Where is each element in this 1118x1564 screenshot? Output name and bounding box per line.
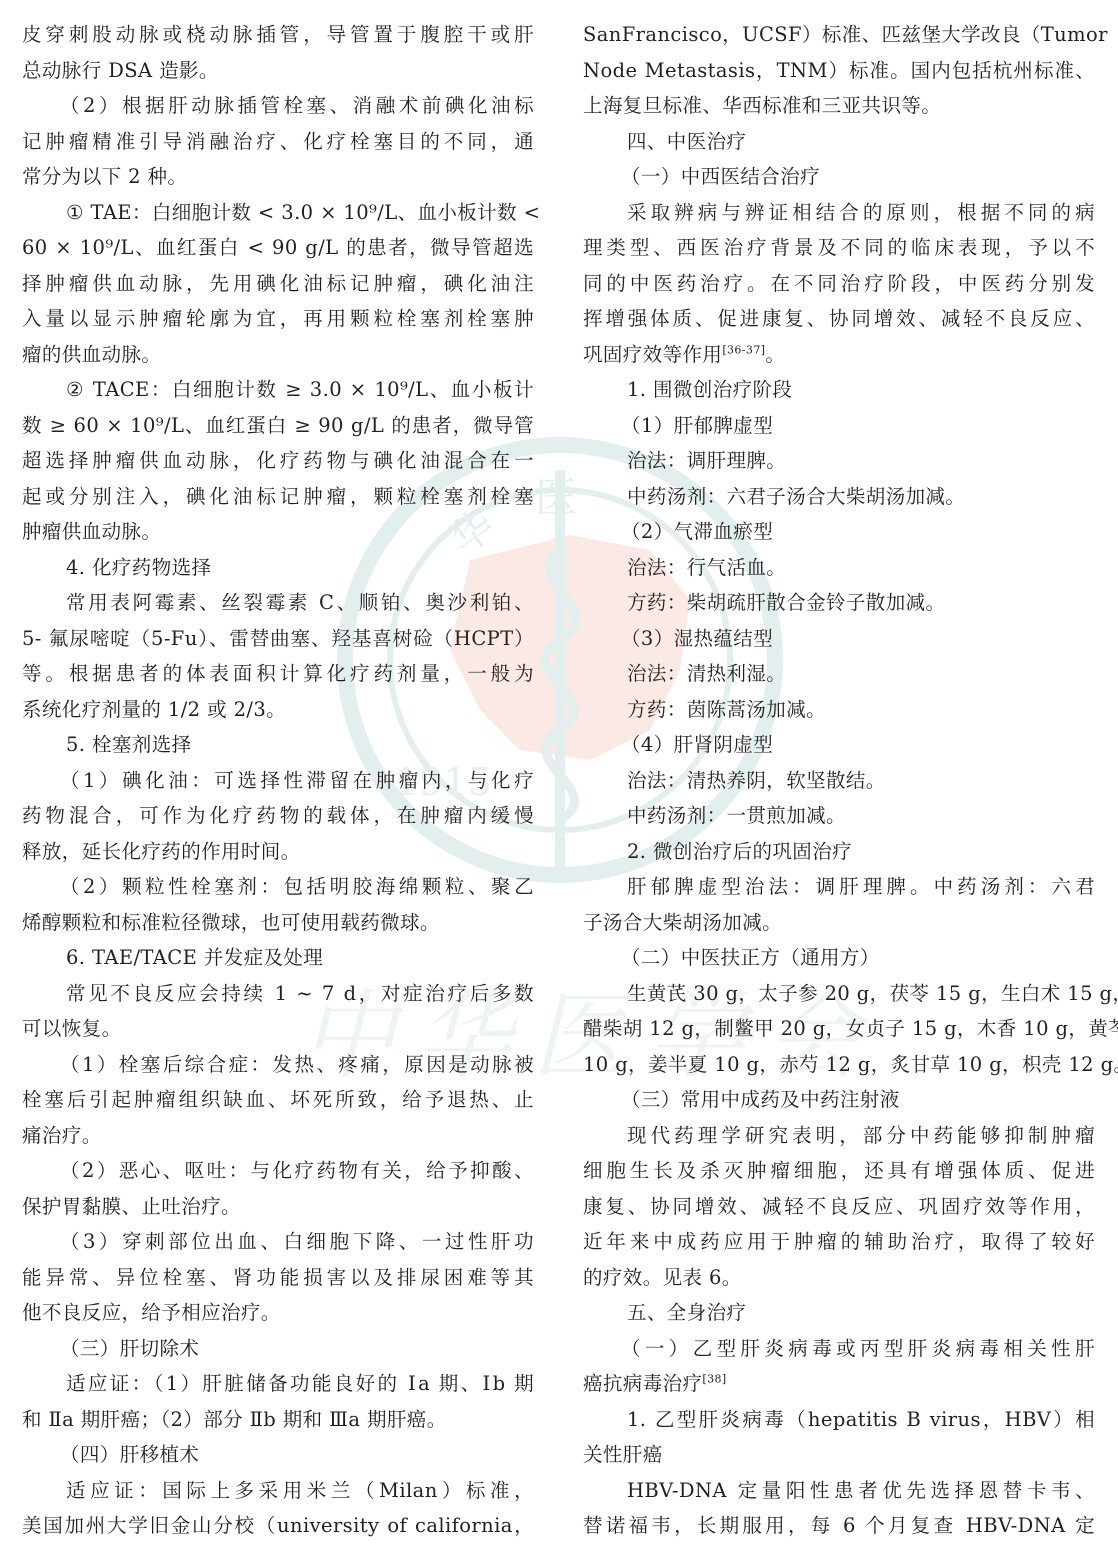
line-text: 肿瘤供血动脉。	[22, 520, 161, 543]
text-line: 系统化疗剂量的 1/2 或 2/3。	[22, 692, 534, 728]
line-text: 适应证：国际上多采用米兰（Milan）标准，	[66, 1479, 534, 1502]
line-text: 采取辨病与辨证相结合的原则，根据不同的病	[627, 201, 1095, 224]
line-text: 4. 化疗药物选择	[66, 556, 211, 579]
text-line: （2）颗粒性栓塞剂：包括明胶海绵颗粒、聚乙	[22, 869, 534, 905]
text-line: 治法：清热利湿。	[583, 656, 1095, 692]
text-line: （1）栓塞后综合症：发热、疼痛，原因是动脉被	[22, 1047, 534, 1083]
line-text: 美国加州大学旧金山分校（university of california，	[22, 1514, 534, 1537]
line-text: （2）根据肝动脉插管栓塞、消融术前碘化油标	[60, 94, 534, 117]
text-line: 中药汤剂：一贯煎加减。	[583, 798, 1095, 834]
line-text: 肝郁脾虚型治法：调肝理脾。中药汤剂：六君	[627, 875, 1095, 898]
text-line: （2）恶心、呕吐：与化疗药物有关，给予抑酸、	[22, 1153, 534, 1189]
line-text: 数 ≥ 60 × 10⁹/L、血红蛋白 ≥ 90 g/L 的患者，微导管	[22, 414, 534, 437]
line-text: 上海复旦标准、华西标准和三亚共识等。	[583, 94, 941, 117]
line-text: 细胞生长及杀灭肿瘤细胞，还具有增强体质、促进	[583, 1159, 1095, 1182]
line-text: 五、全身治疗	[627, 1301, 746, 1324]
line-text: （2）颗粒性栓塞剂：包括明胶海绵颗粒、聚乙	[60, 875, 534, 898]
text-line: （3）湿热蕴结型	[583, 621, 1095, 657]
text-line: 肿瘤供血动脉。	[22, 514, 534, 550]
text-line: 挥增强体质、促进康复、协同增效、减轻不良反应、	[583, 301, 1095, 337]
text-line: （一）乙型肝炎病毒或丙型肝炎病毒相关性肝	[583, 1331, 1095, 1367]
line-text: 巩固疗效等作用	[583, 343, 722, 366]
text-line: 替诺福韦，长期服用，每 6 个月复查 HBV-DNA 定	[583, 1508, 1095, 1544]
text-line: 瘤的供血动脉。	[22, 337, 534, 373]
text-line: 关性肝癌	[583, 1437, 1095, 1473]
text-line: 的疗效。见表 6。	[583, 1260, 1095, 1296]
text-line: 1. 乙型肝炎病毒（hepatitis B virus，HBV）相	[583, 1402, 1095, 1438]
text-line: 治法：行气活血。	[583, 550, 1095, 586]
line-text: 中药汤剂：六君子汤合大柴胡汤加减。	[627, 485, 965, 508]
text-line: 和 Ⅱa 期肝癌；（2）部分 Ⅱb 期和 Ⅲa 期肝癌。	[22, 1402, 534, 1438]
text-line: 总动脉行 DSA 造影。	[22, 53, 534, 89]
line-text: 药物混合，可作为化疗药物的载体，在肿瘤内缓慢	[22, 804, 534, 827]
text-line: ① TAE：白细胞计数 < 3.0 × 10⁹/L、血小板计数 <	[22, 195, 534, 231]
text-line: （3）穿刺部位出血、白细胞下降、一过性肝功	[22, 1224, 534, 1260]
line-text: （三）常用中成药及中药注射液	[621, 1088, 900, 1111]
line-text: SanFrancisco，UCSF）标准、匹兹堡大学改良（Tumor	[583, 23, 1108, 46]
line-text: 60 × 10⁹/L、血红蛋白 < 90 g/L 的患者，微导管超选	[22, 236, 534, 259]
text-line: 适应证：（1）肝脏储备功能良好的 Ⅰa 期、Ⅰb 期	[22, 1366, 534, 1402]
line-text: 2. 微创治疗后的巩固治疗	[627, 840, 852, 863]
line-text: 关性肝癌	[583, 1443, 663, 1466]
text-line: 常用表阿霉素、丝裂霉素 C、顺铂、奥沙利铂、	[22, 585, 534, 621]
left-column: 皮穿刺股动脉或桡动脉插管，导管置于腹腔干或肝总动脉行 DSA 造影。（2）根据肝…	[22, 17, 534, 1544]
text-line: 6. TAE/TACE 并发症及处理	[22, 940, 534, 976]
text-line: 释放，延长化疗药的作用时间。	[22, 834, 534, 870]
text-line: 入量以显示肿瘤轮廓为宜，再用颗粒栓塞剂栓塞肿	[22, 301, 534, 337]
line-text: （1）碘化油：可选择性滞留在肿瘤内，与化疗	[60, 769, 534, 792]
line-text: 6. TAE/TACE 并发症及处理	[66, 946, 323, 969]
text-line: HBV-DNA 定量阳性患者优先选择恩替卡韦、	[583, 1473, 1095, 1509]
line-text: 等。根据患者的体表面积计算化疗药剂量，一般为	[22, 662, 534, 685]
text-line: 现代药理学研究表明，部分中药能够抑制肿瘤	[583, 1118, 1095, 1154]
watermark-char-yi: 医	[535, 465, 577, 525]
line-text: （3）湿热蕴结型	[621, 627, 773, 650]
text-line: 起或分别注入，碘化油标记肿瘤，颗粒栓塞剂栓塞	[22, 479, 534, 515]
text-line: 药物混合，可作为化疗药物的载体，在肿瘤内缓慢	[22, 798, 534, 834]
line-text: 四、中医治疗	[627, 130, 746, 153]
line-text: 方药：茵陈蒿汤加减。	[627, 698, 826, 721]
text-line: 常分为以下 2 种。	[22, 159, 534, 195]
line-punctuation: 。	[765, 343, 785, 366]
line-text: 10 g，姜半夏 10 g，赤芍 12 g，炙甘草 10 g，枳壳 12 g。	[583, 1053, 1118, 1076]
line-text: HBV-DNA 定量阳性患者优先选择恩替卡韦、	[627, 1479, 1095, 1502]
line-text: 总动脉行 DSA 造影。	[22, 59, 219, 82]
text-line: 烯醇颗粒和标准粒径微球，也可使用载药微球。	[22, 905, 534, 941]
line-text: 现代药理学研究表明，部分中药能够抑制肿瘤	[627, 1124, 1095, 1147]
text-line: 皮穿刺股动脉或桡动脉插管，导管置于腹腔干或肝	[22, 17, 534, 53]
text-line: 四、中医治疗	[583, 124, 1095, 160]
line-text: （四）肝移植术	[60, 1443, 199, 1466]
line-text: （2）恶心、呕吐：与化疗药物有关，给予抑酸、	[60, 1159, 534, 1182]
text-line: （1）肝郁脾虚型	[583, 408, 1095, 444]
line-text: （4）肝肾阴虚型	[621, 733, 773, 756]
line-text: （1）肝郁脾虚型	[621, 414, 773, 437]
line-text: 保护胃黏膜、止吐治疗。	[22, 1195, 241, 1218]
text-line: 适应证：国际上多采用米兰（Milan）标准，	[22, 1473, 534, 1509]
line-text: 治法：调肝理脾。	[627, 449, 786, 472]
text-line: 5- 氟尿嘧啶（5-Fu）、雷替曲塞、羟基喜树硷（HCPT）	[22, 621, 534, 657]
text-line: 记肿瘤精准引导消融治疗、化疗栓塞目的不同，通	[22, 124, 534, 160]
line-text: 他不良反应，给予相应治疗。	[22, 1301, 281, 1324]
line-text: 替诺福韦，长期服用，每 6 个月复查 HBV-DNA 定	[583, 1514, 1095, 1537]
text-line: 60 × 10⁹/L、血红蛋白 < 90 g/L 的患者，微导管超选	[22, 230, 534, 266]
line-text: 和 Ⅱa 期肝癌；（2）部分 Ⅱb 期和 Ⅲa 期肝癌。	[22, 1408, 447, 1431]
line-text: 系统化疗剂量的 1/2 或 2/3。	[22, 698, 286, 721]
text-line: 4. 化疗药物选择	[22, 550, 534, 586]
text-line: 癌抗病毒治疗[38]	[583, 1366, 1095, 1402]
line-text: 常分为以下 2 种。	[22, 165, 187, 188]
citation-reference: [38]	[702, 1372, 726, 1385]
text-line: （4）肝肾阴虚型	[583, 727, 1095, 763]
line-text: 记肿瘤精准引导消融治疗、化疗栓塞目的不同，通	[22, 130, 534, 153]
text-line: （二）中医扶正方（通用方）	[583, 940, 1095, 976]
text-line: 醋柴胡 12 g，制鳖甲 20 g，女贞子 15 g，木香 10 g，黄芩	[583, 1011, 1095, 1047]
text-line: 等。根据患者的体表面积计算化疗药剂量，一般为	[22, 656, 534, 692]
line-text: 康复、协同增效、减轻不良反应、巩固疗效等作用，	[583, 1195, 1095, 1218]
line-text: 近年来中成药应用于肿瘤的辅助治疗，取得了较好	[583, 1230, 1095, 1253]
text-line: 10 g，姜半夏 10 g，赤芍 12 g，炙甘草 10 g，枳壳 12 g。	[583, 1047, 1095, 1083]
line-text: 释放，延长化疗药的作用时间。	[22, 840, 301, 863]
line-text: 超选择肿瘤供血动脉，化疗药物与碘化油混合在一	[22, 449, 534, 472]
text-line: 同的中医药治疗。在不同治疗阶段，中医药分别发	[583, 266, 1095, 302]
text-line: 中药汤剂：六君子汤合大柴胡汤加减。	[583, 479, 1095, 515]
line-text: 挥增强体质、促进康复、协同增效、减轻不良反应、	[583, 307, 1095, 330]
text-line: ② TACE：白细胞计数 ≥ 3.0 × 10⁹/L、血小板计	[22, 372, 534, 408]
text-line: 方药：茵陈蒿汤加减。	[583, 692, 1095, 728]
text-line: 保护胃黏膜、止吐治疗。	[22, 1189, 534, 1225]
line-text: ① TAE：白细胞计数 < 3.0 × 10⁹/L、血小板计数 <	[66, 201, 540, 224]
text-line: 美国加州大学旧金山分校（university of california，	[22, 1508, 534, 1544]
line-text: 生黄芪 30 g，太子参 20 g，茯苓 15 g，生白术 15 g，	[627, 982, 1118, 1005]
text-line: （2）气滞血瘀型	[583, 514, 1095, 550]
line-text: 栓塞后引起肿瘤组织缺血、坏死所致，给予退热、止	[22, 1088, 534, 1111]
text-line: 肝郁脾虚型治法：调肝理脾。中药汤剂：六君	[583, 869, 1095, 905]
text-line: （1）碘化油：可选择性滞留在肿瘤内，与化疗	[22, 763, 534, 799]
line-text: 理类型、西医治疗背景及不同的临床表现，予以不	[583, 236, 1095, 259]
line-text: 烯醇颗粒和标准粒径微球，也可使用载药微球。	[22, 911, 440, 934]
text-line: 巩固疗效等作用[36-37]。	[583, 337, 1095, 373]
line-text: 1. 围微创治疗阶段	[627, 378, 792, 401]
text-line: （三）常用中成药及中药注射液	[583, 1082, 1095, 1118]
text-line: 2. 微创治疗后的巩固治疗	[583, 834, 1095, 870]
line-text: 5. 栓塞剂选择	[66, 733, 192, 756]
line-text: 适应证：（1）肝脏储备功能良好的 Ⅰa 期、Ⅰb 期	[66, 1372, 534, 1395]
text-line: 1. 围微创治疗阶段	[583, 372, 1095, 408]
line-text: 醋柴胡 12 g，制鳖甲 20 g，女贞子 15 g，木香 10 g，黄芩	[583, 1017, 1118, 1040]
line-text: （3）穿刺部位出血、白细胞下降、一过性肝功	[60, 1230, 534, 1253]
text-line: 常见不良反应会持续 1 ~ 7 d，对症治疗后多数	[22, 976, 534, 1012]
line-text: （1）栓塞后综合症：发热、疼痛，原因是动脉被	[60, 1053, 534, 1076]
line-text: 皮穿刺股动脉或桡动脉插管，导管置于腹腔干或肝	[22, 23, 534, 46]
line-text: Node Metastasis，TNM）标准。国内包括杭州标准、	[583, 59, 1095, 82]
text-line: （四）肝移植术	[22, 1437, 534, 1473]
line-text: 可以恢复。	[22, 1017, 122, 1040]
line-text: 起或分别注入，碘化油标记肿瘤，颗粒栓塞剂栓塞	[22, 485, 534, 508]
line-text: （2）气滞血瘀型	[621, 520, 773, 543]
text-line: 生黄芪 30 g，太子参 20 g，茯苓 15 g，生白术 15 g，	[583, 976, 1095, 1012]
text-line: 方药：柴胡疏肝散合金铃子散加减。	[583, 585, 1095, 621]
line-text: 癌抗病毒治疗	[583, 1372, 702, 1395]
line-text: 择肿瘤供血动脉，先用碘化油标记肿瘤，碘化油注	[22, 272, 534, 295]
line-text: 痛治疗。	[22, 1124, 102, 1147]
line-text: 治法：清热利湿。	[627, 662, 786, 685]
text-line: 择肿瘤供血动脉，先用碘化油标记肿瘤，碘化油注	[22, 266, 534, 302]
text-line: 上海复旦标准、华西标准和三亚共识等。	[583, 88, 1095, 124]
text-line: Node Metastasis，TNM）标准。国内包括杭州标准、	[583, 53, 1095, 89]
line-text: 入量以显示肿瘤轮廓为宜，再用颗粒栓塞剂栓塞肿	[22, 307, 534, 330]
line-text: （一）乙型肝炎病毒或丙型肝炎病毒相关性肝	[621, 1337, 1095, 1360]
line-text: 1. 乙型肝炎病毒（hepatitis B virus，HBV）相	[627, 1408, 1095, 1431]
text-line: （三）肝切除术	[22, 1331, 534, 1367]
line-text: ② TACE：白细胞计数 ≥ 3.0 × 10⁹/L、血小板计	[66, 378, 534, 401]
line-text: （一）中西医结合治疗	[621, 165, 820, 188]
line-text: 瘤的供血动脉。	[22, 343, 161, 366]
text-line: 痛治疗。	[22, 1118, 534, 1154]
text-line: 5. 栓塞剂选择	[22, 727, 534, 763]
text-line: 治法：调肝理脾。	[583, 443, 1095, 479]
line-text: 方药：柴胡疏肝散合金铃子散加减。	[627, 591, 945, 614]
text-line: 数 ≥ 60 × 10⁹/L、血红蛋白 ≥ 90 g/L 的患者，微导管	[22, 408, 534, 444]
line-text: 治法：清热养阴，软坚散结。	[627, 769, 886, 792]
line-text: 中药汤剂：一贯煎加减。	[627, 804, 846, 827]
line-text: （三）肝切除术	[60, 1337, 199, 1360]
text-line: 栓塞后引起肿瘤组织缺血、坏死所致，给予退热、止	[22, 1082, 534, 1118]
text-line: （2）根据肝动脉插管栓塞、消融术前碘化油标	[22, 88, 534, 124]
right-column: SanFrancisco，UCSF）标准、匹兹堡大学改良（TumorNode M…	[583, 17, 1095, 1544]
line-text: 子汤合大柴胡汤加减。	[583, 911, 782, 934]
text-line: 治法：清热养阴，软坚散结。	[583, 763, 1095, 799]
line-text: 的疗效。见表 6。	[583, 1266, 742, 1289]
text-line: 能异常、异位栓塞、肾功能损害以及排尿困难等其	[22, 1260, 534, 1296]
text-line: 采取辨病与辨证相结合的原则，根据不同的病	[583, 195, 1095, 231]
text-line: 理类型、西医治疗背景及不同的临床表现，予以不	[583, 230, 1095, 266]
text-line: 他不良反应，给予相应治疗。	[22, 1295, 534, 1331]
line-text: 能异常、异位栓塞、肾功能损害以及排尿困难等其	[22, 1266, 534, 1289]
line-text: （二）中医扶正方（通用方）	[621, 946, 880, 969]
text-line: 超选择肿瘤供血动脉，化疗药物与碘化油混合在一	[22, 443, 534, 479]
line-text: 同的中医药治疗。在不同治疗阶段，中医药分别发	[583, 272, 1095, 295]
line-text: 治法：行气活血。	[627, 556, 786, 579]
citation-reference: [36-37]	[722, 343, 765, 356]
line-text: 5- 氟尿嘧啶（5-Fu）、雷替曲塞、羟基喜树硷（HCPT）	[22, 627, 534, 650]
text-line: 五、全身治疗	[583, 1295, 1095, 1331]
text-line: （一）中西医结合治疗	[583, 159, 1095, 195]
text-line: 细胞生长及杀灭肿瘤细胞，还具有增强体质、促进	[583, 1153, 1095, 1189]
line-text: 常见不良反应会持续 1 ~ 7 d，对症治疗后多数	[66, 982, 534, 1005]
text-line: 可以恢复。	[22, 1011, 534, 1047]
line-text: 常用表阿霉素、丝裂霉素 C、顺铂、奥沙利铂、	[66, 591, 534, 614]
text-line: 子汤合大柴胡汤加减。	[583, 905, 1095, 941]
text-line: 近年来中成药应用于肿瘤的辅助治疗，取得了较好	[583, 1224, 1095, 1260]
text-line: 康复、协同增效、减轻不良反应、巩固疗效等作用，	[583, 1189, 1095, 1225]
text-line: SanFrancisco，UCSF）标准、匹兹堡大学改良（Tumor	[583, 17, 1095, 53]
